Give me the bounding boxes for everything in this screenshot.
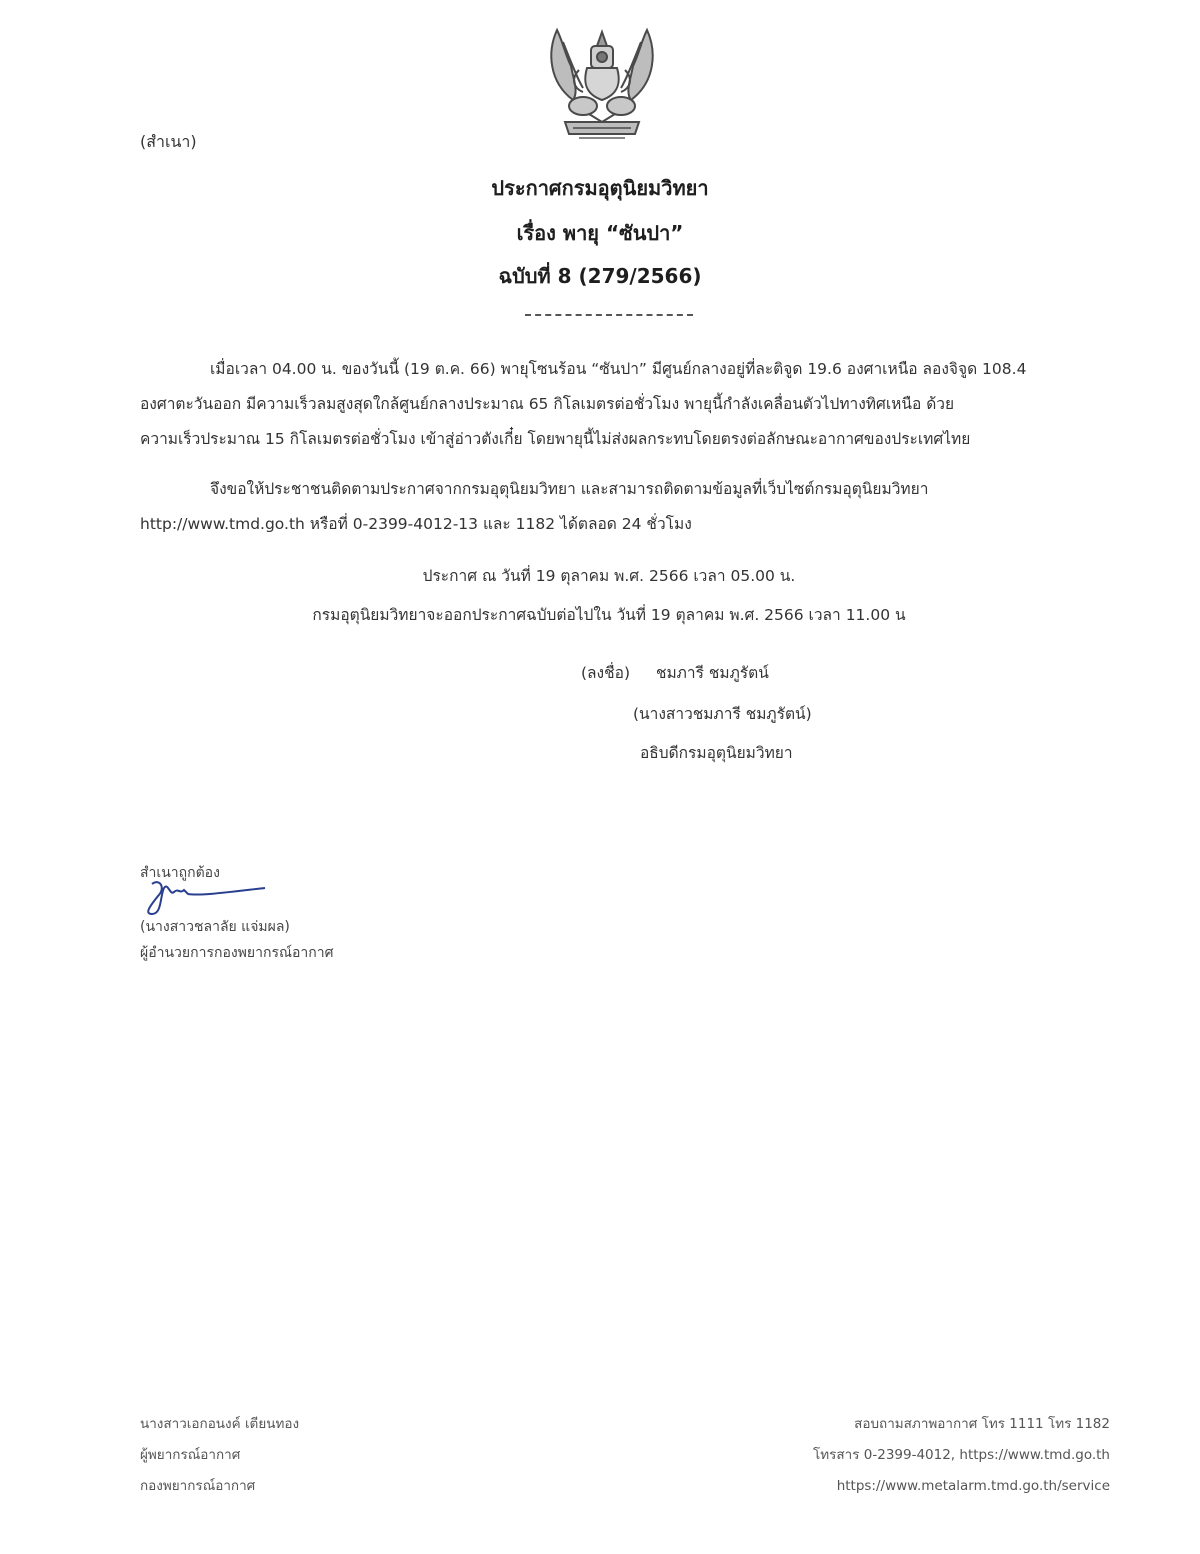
signed-name: ชมภารี ชมภูรัตน์ [656, 664, 769, 682]
garuda-emblem-icon [543, 22, 661, 144]
certifier-position: ผู้อำนวยการกองพยากรณ์อากาศ [140, 942, 333, 964]
paragraph-line: http://www.tmd.go.th หรือที่ 0-2399-4012… [140, 507, 1080, 542]
paragraph-line: ความเร็วประมาณ 15 กิโลเมตรต่อชั่วโมง เข้… [140, 422, 1080, 457]
signatory-position: อธิบดีกรมอุตุนิยมวิทยา [640, 740, 793, 765]
announcement-title: ประกาศกรมอุตุนิยมวิทยา [0, 172, 1200, 204]
footer-contact-info: สอบถามสภาพอากาศ โทร 1111 โทร 1182 โทรสาร… [813, 1409, 1110, 1502]
signatory-full-name: (นางสาวชมภารี ชมภูรัตน์) [633, 701, 812, 726]
title-divider [525, 314, 693, 316]
contact-phone: สอบถามสภาพอากาศ โทร 1111 โทร 1182 [813, 1409, 1110, 1440]
advisory-paragraph: จึงขอให้ประชาชนติดตามประกาศจากกรมอุตุนิย… [140, 472, 1080, 542]
contact-service-url: https://www.metalarm.tmd.go.th/service [813, 1471, 1110, 1502]
copy-label: (สำเนา) [140, 130, 197, 155]
announcement-subject: เรื่อง พายุ “ซันปา” [0, 217, 1200, 249]
announcement-issue-number: ฉบับที่ 8 (279/2566) [0, 260, 1200, 292]
handwritten-signature-icon [140, 874, 270, 916]
paragraph-line: องศาตะวันออก มีความเร็วลมสูงสุดใกล้ศูนย์… [140, 387, 1080, 422]
signature-line: (ลงชื่อ) ชมภารี ชมภูรัตน์ [581, 660, 769, 685]
paragraph-line: จึงขอให้ประชาชนติดตามประกาศจากกรมอุตุนิย… [140, 472, 1080, 507]
certification-block: สำเนาถูกต้อง (นางสาวชลาลัย แจ่มผล) ผู้อำ… [140, 858, 400, 968]
paragraph-line: เมื่อเวลา 04.00 น. ของวันนี้ (19 ต.ค. 66… [140, 352, 1080, 387]
forecaster-role: ผู้พยากรณ์อากาศ [140, 1440, 299, 1471]
footer-forecaster-info: นางสาวเอกอนงค์ เตียนทอง ผู้พยากรณ์อากาศ … [140, 1409, 299, 1502]
forecaster-name: นางสาวเอกอนงค์ เตียนทอง [140, 1409, 299, 1440]
certifier-name: (นางสาวชลาลัย แจ่มผล) [140, 916, 290, 938]
announcement-date: ประกาศ ณ วันที่ 19 ตุลาคม พ.ศ. 2566 เวลา… [0, 563, 1200, 588]
next-issue-notice: กรมอุตุนิยมวิทยาจะออกประกาศฉบับต่อไปใน ว… [0, 602, 1200, 627]
signature-label: (ลงชื่อ) [581, 660, 651, 685]
contact-fax-website: โทรสาร 0-2399-4012, https://www.tmd.go.t… [813, 1440, 1110, 1471]
forecaster-division: กองพยากรณ์อากาศ [140, 1471, 299, 1502]
storm-details-paragraph: เมื่อเวลา 04.00 น. ของวันนี้ (19 ต.ค. 66… [140, 352, 1080, 457]
